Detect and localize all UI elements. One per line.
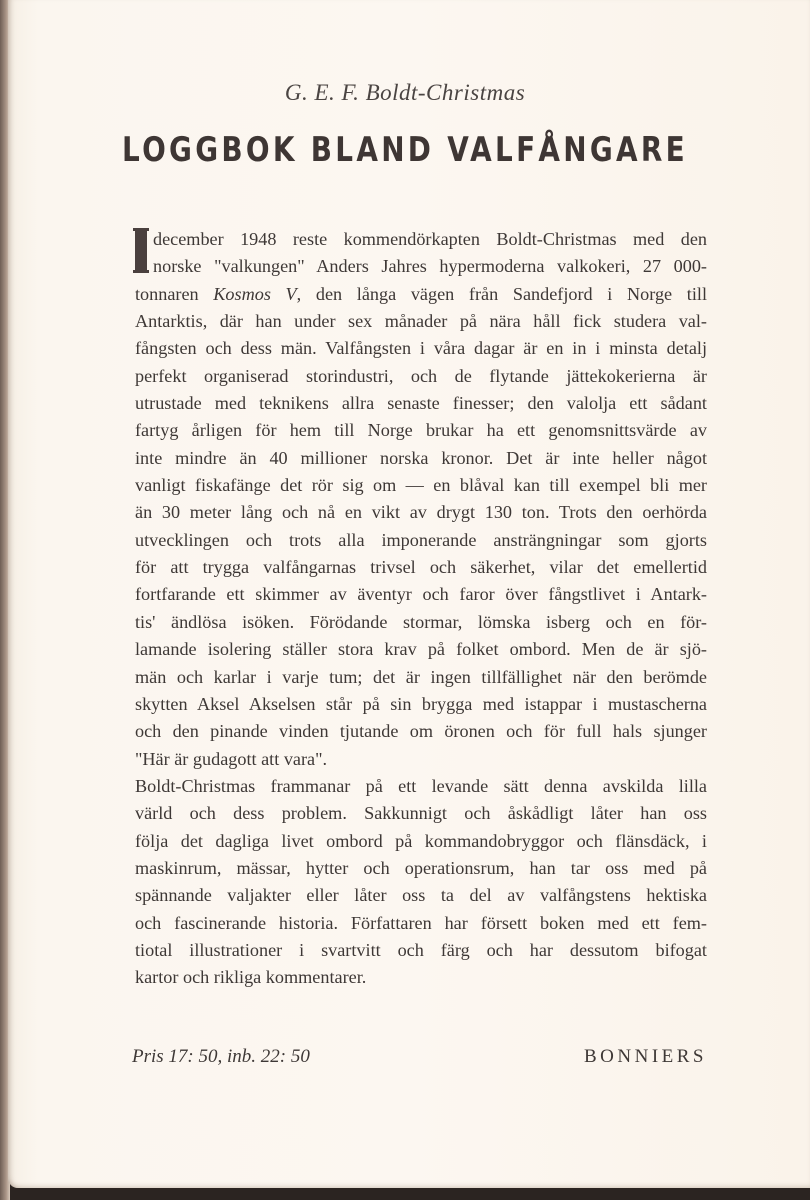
paragraph-1: december 1948 reste kommendörkapten Bold… [135,226,707,773]
text-line: utrustade med teknikens allra senaste fi… [135,390,707,417]
text-line: "Här är gudagott att vara". [135,746,707,773]
price-label: Pris 17: 50, inb. 22: 50 [132,1046,310,1068]
text-line: och den pinande vinden tjutande om örone… [135,718,707,745]
text-line: följa det dagliga livet ombord på komman… [135,828,707,855]
text-line: fortfarande ett skimmer av äventyr och f… [135,581,707,608]
text-line: norske "valkungen" Anders Jahres hypermo… [135,253,707,280]
paragraph-2: Boldt-Christmas frammanar på ett levande… [135,773,707,992]
text-line: Boldt-Christmas frammanar på ett levande… [135,773,707,800]
text-line: kartor och rikliga kommentarer. [135,964,707,991]
text-line: för att trygga valfångarnas trivsel och … [135,554,707,581]
text-line: värld och dess problem. Sakkunnigt och å… [135,800,707,827]
text-line: december 1948 reste kommendörkapten Bold… [135,226,707,253]
text-line: skytten Aksel Akselsen står på sin brygg… [135,691,707,718]
text-line: maskinrum, mässar, hytter och operations… [135,855,707,882]
page-background: G. E. F. Boldt-Christmas LOGGBOK BLAND V… [0,0,810,1200]
text-line: Antarktis, där han under sex månader på … [135,308,707,335]
text-line: än 30 meter lång och nå en vikt av drygt… [135,499,707,526]
text-line: lamande isolering ställer stora krav på … [135,636,707,663]
text-line-with-ship-name: tonnaren Kosmos V, den långa vägen från … [135,281,707,308]
text-line: tiotal illustrationer i svartvitt och fä… [135,937,707,964]
text-line: och fascinerande historia. Författaren h… [135,910,707,937]
text-line: vanligt fiskafänge det rör sig om — en b… [135,472,707,499]
ship-name: Kosmos V [213,284,296,304]
text-line: tis' ändlösa isöken. Förödande stormar, … [135,609,707,636]
text-line: utvecklingen och trots alla imponerande … [135,527,707,554]
book-title: LOGGBOK BLAND VALFÅNGARE [73,130,737,170]
text-line: fångsten och dess män. Valfångsten i vår… [135,335,707,362]
text-line: män och karlar i varje tum; det är ingen… [135,664,707,691]
text-line: perfekt organiserad storindustri, och de… [135,363,707,390]
text-line: spännande valjakter eller låter oss ta d… [135,882,707,909]
text-line: inte mindre än 40 millioner norska krono… [135,445,707,472]
text-line: fartyg årligen för hem till Norge brukar… [135,417,707,444]
author-name: G. E. F. Boldt-Christmas [0,80,810,106]
publisher-name: BONNIERS [584,1046,707,1068]
blurb-text: december 1948 reste kommendörkapten Bold… [135,226,707,992]
